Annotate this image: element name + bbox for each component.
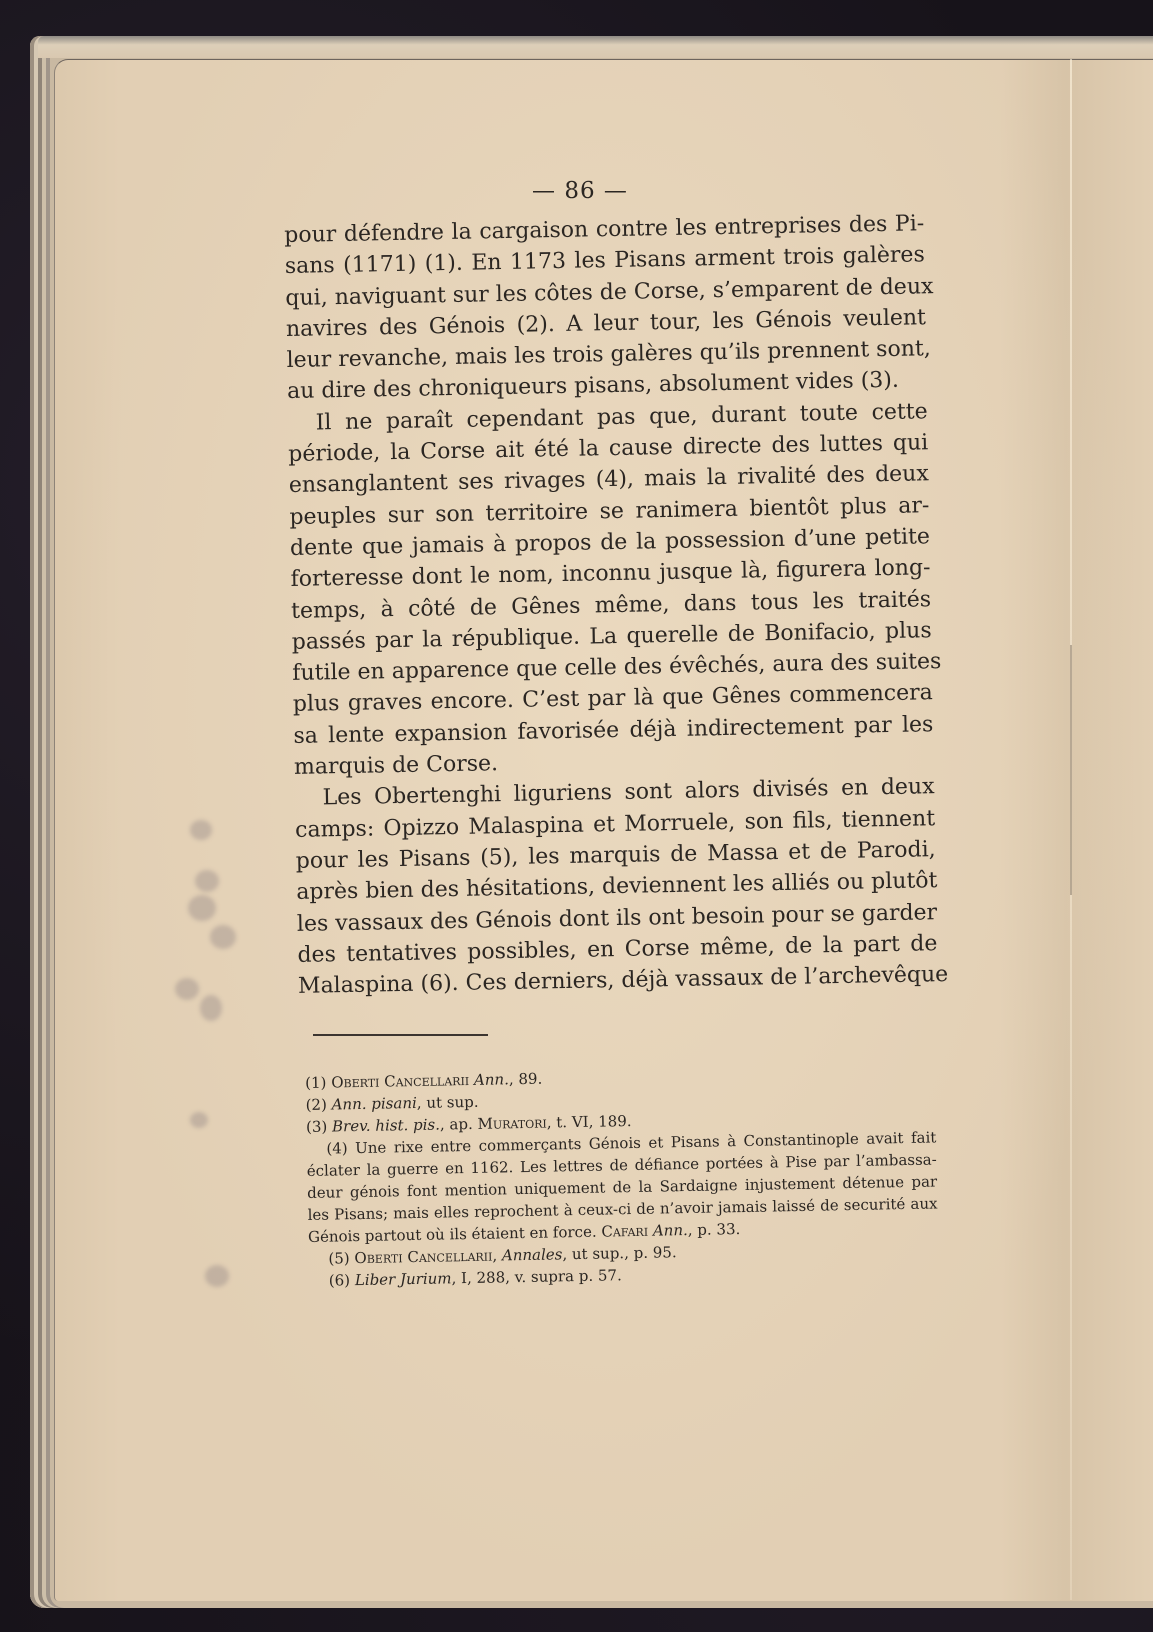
footnote-reference: , ut sup., p. 95. — [562, 1243, 677, 1263]
footnote-number: (5) — [328, 1249, 350, 1267]
footnote-number: (1) — [305, 1074, 327, 1092]
page-number: — 86 — — [520, 178, 640, 204]
footnote-author: Muratori — [477, 1114, 547, 1133]
footnote-reference: , I, 288, v. supra p. 57. — [451, 1266, 622, 1287]
page-content: — 86 — pour défendre la cargaison contre… — [0, 0, 1153, 1632]
footnote-reference: , t. VI, 189. — [547, 1112, 632, 1132]
footnote-author: Oberti Cancellarii — [331, 1071, 469, 1092]
body-text: pour défendre la cargaison contre les en… — [284, 208, 938, 1002]
footnotes: (1) Oberti Cancellarii Ann., 89. (2) Ann… — [305, 1060, 939, 1292]
footnote-title: Brev. hist. pis. — [332, 1116, 440, 1136]
footnote-reference: , 89. — [509, 1070, 543, 1089]
footnote-reference: , p. 33. — [688, 1220, 741, 1239]
footnote-number: (3) — [306, 1118, 328, 1136]
footnote-title: Annales — [502, 1245, 563, 1264]
footnote-title: Liber Jurium — [355, 1269, 452, 1289]
footnote-title: Ann. pisani — [331, 1094, 417, 1114]
footnote-author: Oberti Cancellarii — [354, 1247, 492, 1268]
footnote-author: Cafari — [601, 1222, 648, 1241]
footnote-reference: , ut sup. — [417, 1093, 479, 1112]
footnote-number: (2) — [305, 1096, 327, 1114]
footnote-number: (6) — [329, 1271, 351, 1289]
footnote-title: Ann. — [474, 1070, 509, 1089]
footnote-divider — [313, 1034, 488, 1036]
footnote-separator: , — [492, 1246, 502, 1264]
footnote-text: , ap. — [440, 1115, 473, 1134]
footnote-title: Ann. — [653, 1221, 688, 1240]
